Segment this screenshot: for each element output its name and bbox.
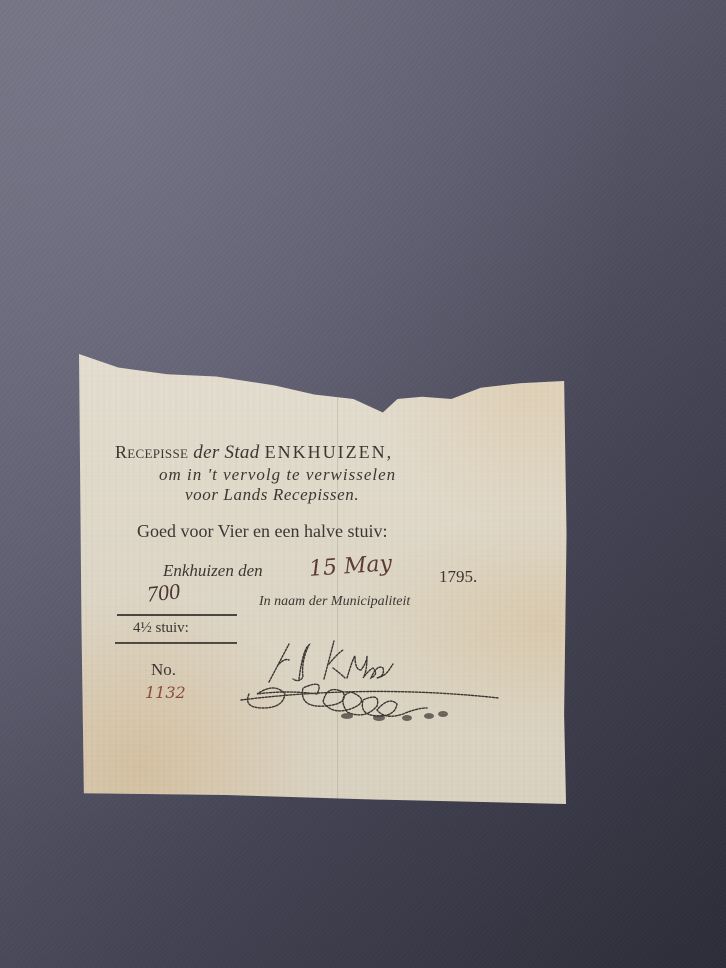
signature-flourish <box>229 624 509 734</box>
number-label: No. <box>151 660 176 680</box>
heading-prefix: Recepisse <box>115 442 188 462</box>
receipt-paper: Recepisse der Stad ENKHUIZEN, om in 't v… <box>79 354 569 804</box>
amount-rule-bottom <box>115 642 237 644</box>
heading: Recepisse der Stad ENKHUIZEN, <box>115 442 393 464</box>
amount-rule-top <box>117 614 237 616</box>
value-line: Goed voor Vier en een halve stuiv: <box>137 521 388 542</box>
amount-box: 4½ stuiv: <box>133 620 189 637</box>
exchange-line-2: voor Lands Recepissen. <box>185 485 359 505</box>
heading-city: ENKHUIZEN, <box>265 442 393 462</box>
handwritten-amount: 700 <box>146 578 182 607</box>
heading-italic: der Stad <box>193 442 259 463</box>
authority-line: In naam der Municipaliteit <box>259 594 410 610</box>
paper-fold-line <box>337 354 338 804</box>
exchange-line: om in 't vervolg te verwisselen <box>159 465 396 485</box>
place-line: Enkhuizen den <box>163 561 263 581</box>
year: 1795. <box>439 567 477 587</box>
serial-number: 1132 <box>145 683 186 702</box>
handwritten-date: 15 May <box>308 551 393 582</box>
